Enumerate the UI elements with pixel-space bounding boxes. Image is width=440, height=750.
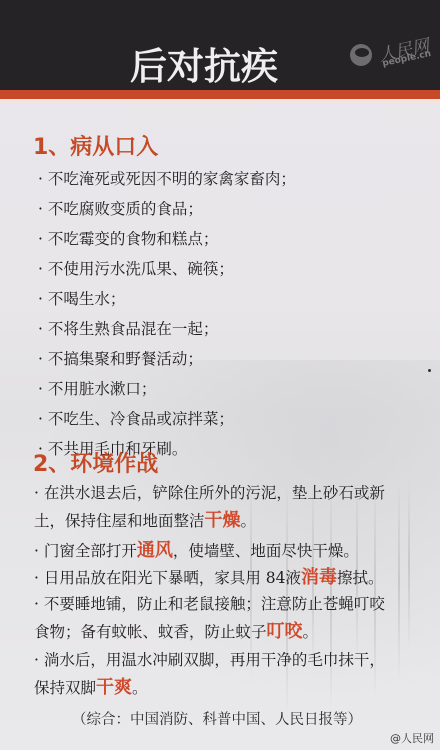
section1-heading: 1、病从口入 <box>33 130 158 161</box>
list-item: · 不喝生水； <box>38 287 125 309</box>
item-line: · 在洪水退去后，铲除住所外的污泥，垫上砂石或新 <box>34 479 430 507</box>
highlight-text: 叮咬 <box>267 621 303 642</box>
list-item: · 不用脏水漱口； <box>38 377 156 399</box>
highlight-text: 通风 <box>137 540 173 561</box>
item-text: · 日用品放在阳光下暴晒，家具用 84液 <box>34 569 301 587</box>
item-line: · 不要睡地铺，防止和老鼠接触；注意防止苍蝇叮咬 <box>34 590 430 618</box>
item-line: 保持双脚干爽。 <box>34 674 430 702</box>
item-text: 。 <box>303 623 319 641</box>
item-text: 食物；备有蚊帐、蚊香，防止蚊子 <box>34 623 267 641</box>
item-text: 土，保持住屋和地面整洁 <box>34 512 205 530</box>
list-item: · 淌水后，用温水冲刷双脚，再用干净的毛巾抹干， 保持双脚干爽。 <box>34 646 430 702</box>
source-credit: （综合：中国消防、科普中国、人民日报等） <box>72 708 362 729</box>
item-text: 。 <box>132 679 148 697</box>
section2-heading: 2、环境作战 <box>33 447 158 478</box>
list-item: · 在洪水退去后，铲除住所外的污泥，垫上砂石或新 土，保持住屋和地面整洁干燥。 <box>34 479 430 535</box>
list-item: · 不使用污水洗瓜果、碗筷； <box>38 257 234 279</box>
item-text: · 门窗全部打开 <box>34 542 137 560</box>
weibo-watermark: @人民网 <box>390 730 434 746</box>
highlight-text: 干爽 <box>96 677 132 698</box>
content: 1、病从口入 · 不吃淹死或死因不明的家禽家畜肉； · 不吃腐败变质的食品； ·… <box>0 0 440 750</box>
item-line: · 日用品放在阳光下暴晒，家具用 84液消毒擦拭。 <box>34 564 430 592</box>
item-text: 。 <box>241 512 257 530</box>
item-text: ，使墙壁、地面尽快干燥。 <box>173 542 359 560</box>
item-line: 土，保持住屋和地面整洁干燥。 <box>34 507 430 535</box>
list-item: · 日用品放在阳光下暴晒，家具用 84液消毒擦拭。 <box>34 564 430 592</box>
list-item: · 不吃霉变的食物和糕点； <box>38 227 218 249</box>
list-item: · 不吃腐败变质的食品； <box>38 197 203 219</box>
highlight-text: 干燥 <box>205 510 241 531</box>
list-item: · 不吃淹死或死因不明的家禽家畜肉； <box>38 167 296 189</box>
list-item: · 不要睡地铺，防止和老鼠接触；注意防止苍蝇叮咬 食物；备有蚊帐、蚊香，防止蚊子… <box>34 590 430 646</box>
item-line: · 淌水后，用温水冲刷双脚，再用干净的毛巾抹干， <box>34 646 430 674</box>
list-item: · 门窗全部打开通风，使墙壁、地面尽快干燥。 <box>34 537 430 565</box>
item-text: 擦拭。 <box>337 569 384 587</box>
item-line: 食物；备有蚊帐、蚊香，防止蚊子叮咬。 <box>34 618 430 646</box>
item-text: 保持双脚 <box>34 679 96 697</box>
list-item: · 不搞集聚和野餐活动； <box>38 347 203 369</box>
list-item: · 不吃生、冷食品或凉拌菜； <box>38 407 234 429</box>
list-item: · 不将生熟食品混在一起； <box>38 317 218 339</box>
item-line: · 门窗全部打开通风，使墙壁、地面尽快干燥。 <box>34 537 430 565</box>
highlight-text: 消毒 <box>301 567 337 588</box>
